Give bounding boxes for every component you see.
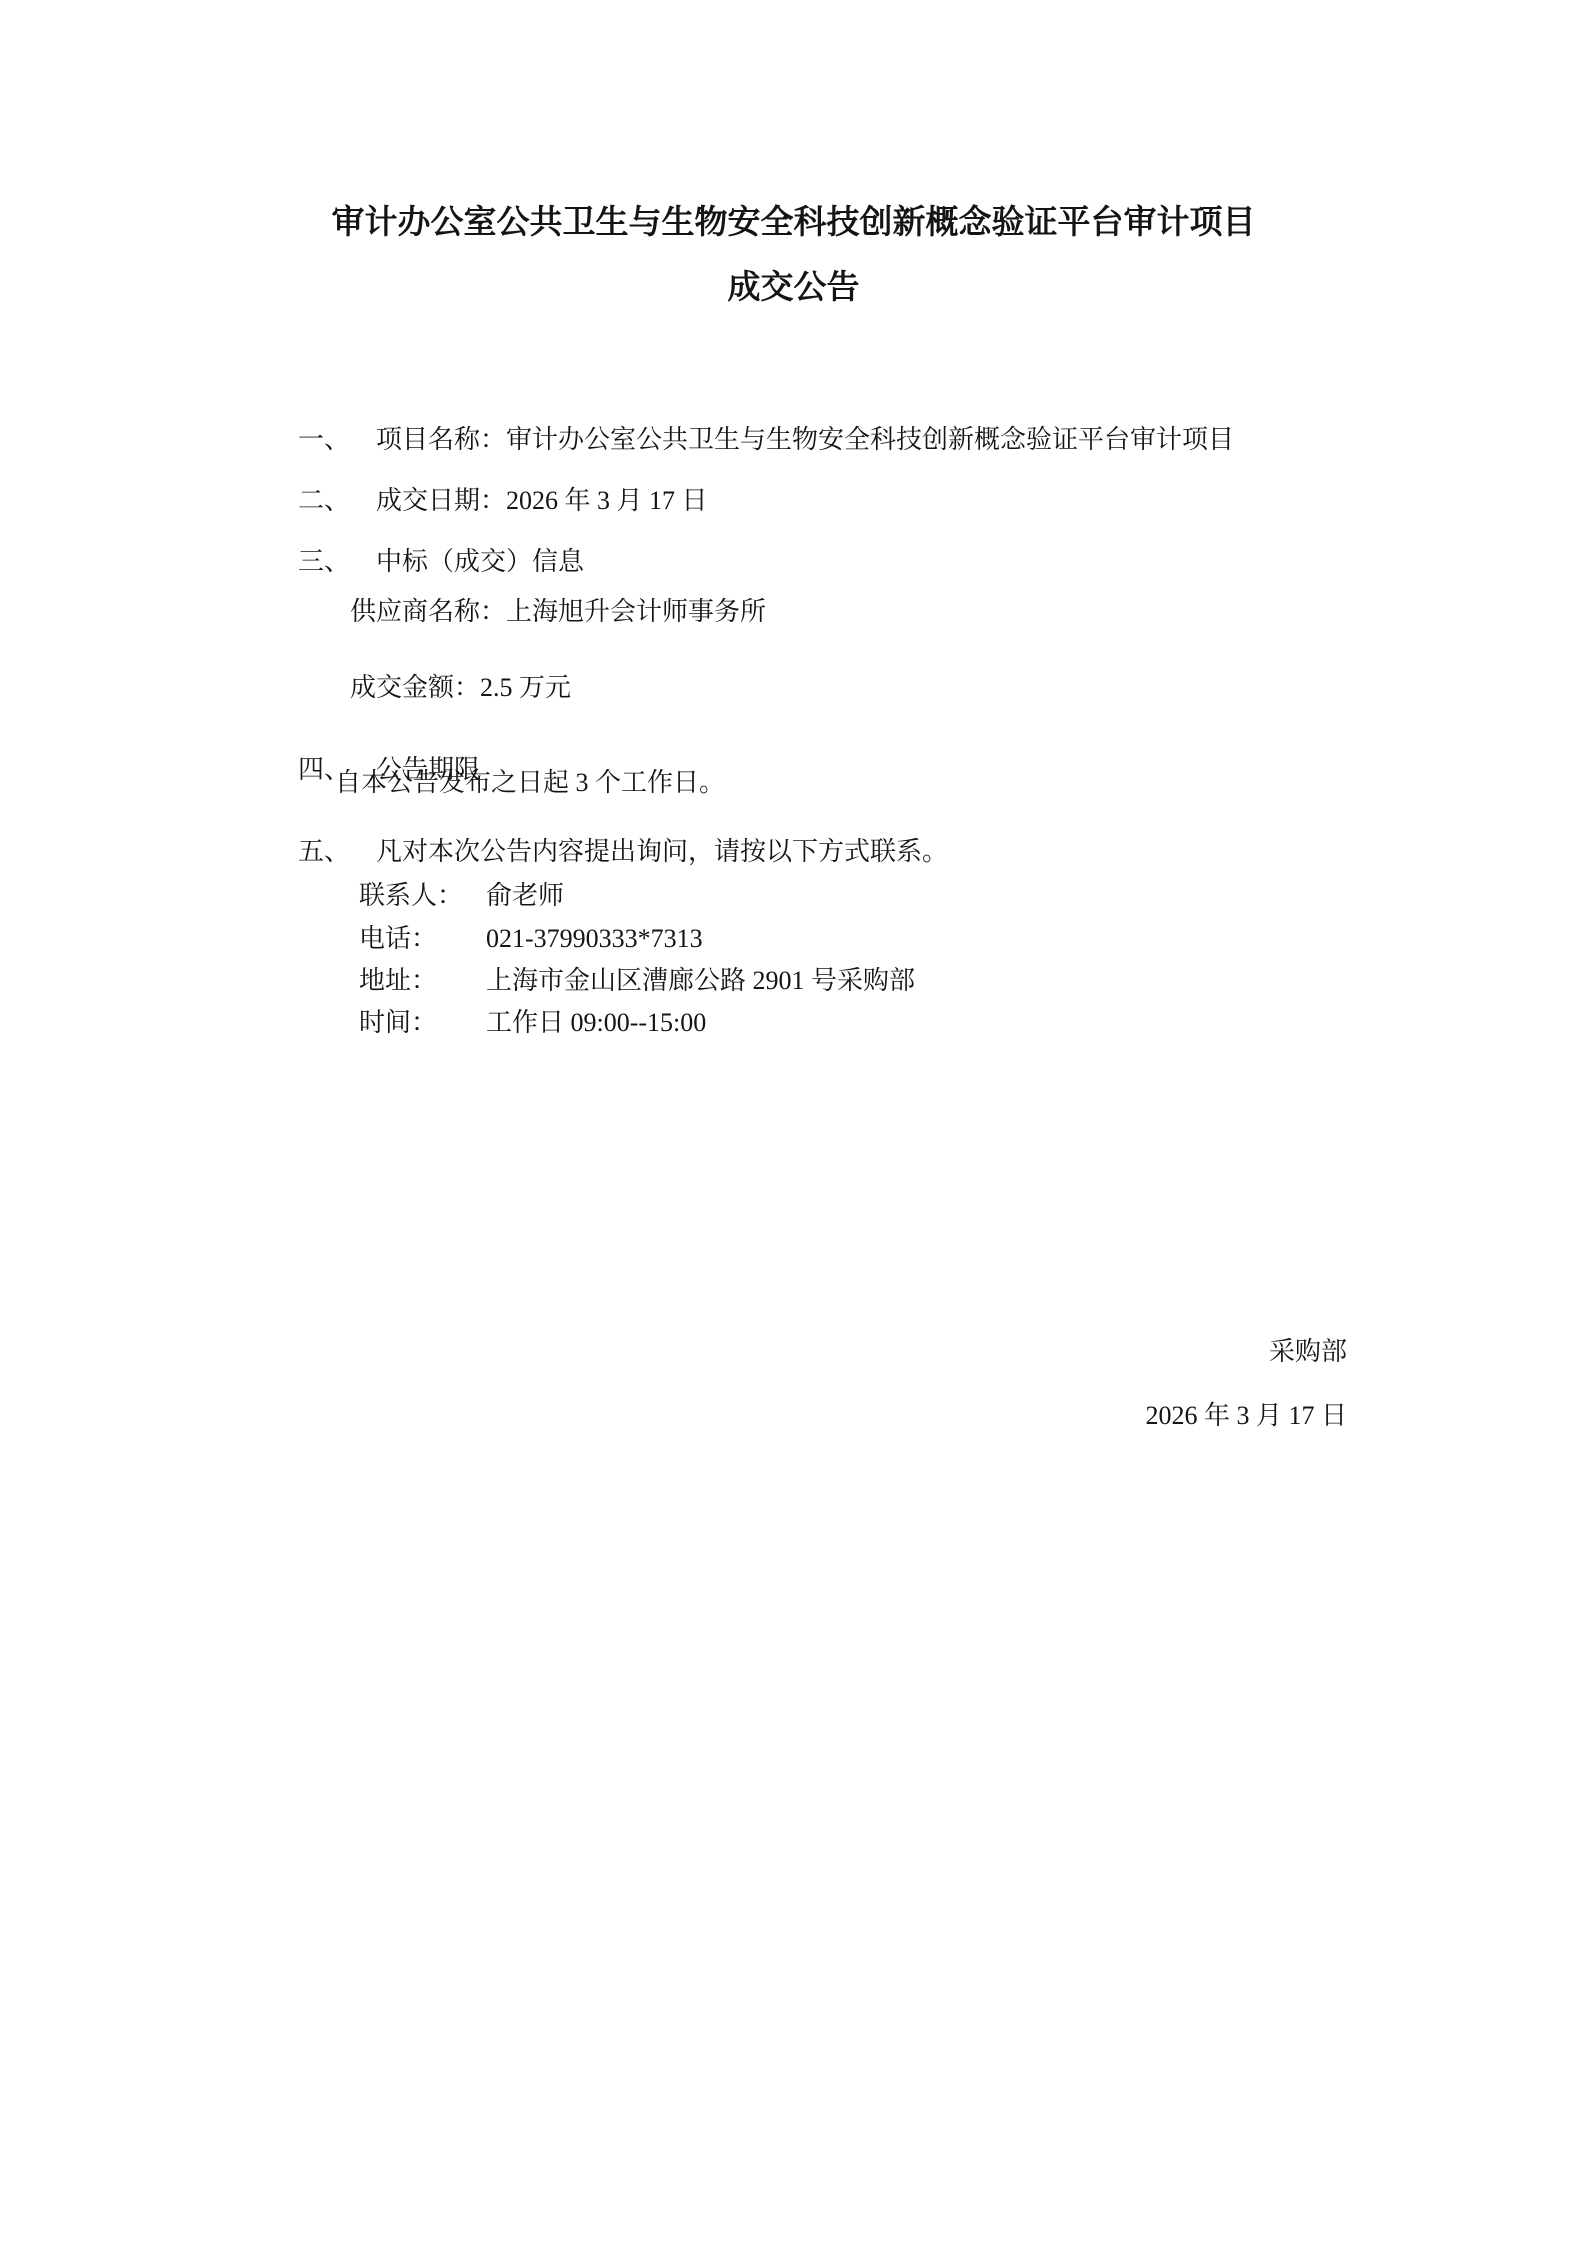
list-marker: 二、 <box>298 486 376 516</box>
document-title-line1: 审计办公室公共卫生与生物安全科技创新概念验证平台审计项目 <box>0 204 1587 242</box>
list-item-text: 项目名称：审计办公室公共卫生与生物安全科技创新概念验证平台审计项目 <box>376 425 1234 454</box>
list-item-text: 成交日期：2026 年 3 月 17 日 <box>376 486 708 515</box>
list-marker: 三、 <box>298 547 376 577</box>
contact-time-value: 工作日 09:00--15:00 <box>486 1008 706 1037</box>
notice-period-detail-line: 自本公告发布之日起 3 个工作日。 <box>335 768 725 798</box>
document-page: 审计办公室公共卫生与生物安全科技创新概念验证平台审计项目 成交公告 一、项目名称… <box>0 0 1587 2245</box>
contact-time-label: 时间： <box>359 1008 486 1038</box>
contact-time-row: 时间：工作日 09:00--15:00 <box>333 978 706 1068</box>
supplier-name-line: 供应商名称：上海旭升会计师事务所 <box>350 597 766 627</box>
list-marker: 一、 <box>298 425 376 455</box>
signature-department: 采购部 <box>1269 1337 1347 1367</box>
list-item-award-info: 三、中标（成交）信息 <box>272 517 584 607</box>
award-amount-line: 成交金额：2.5 万元 <box>350 673 571 703</box>
document-title-line2: 成交公告 <box>0 269 1587 307</box>
signature-date: 2026 年 3 月 17 日 <box>1145 1401 1347 1431</box>
list-item-text: 中标（成交）信息 <box>376 547 584 576</box>
